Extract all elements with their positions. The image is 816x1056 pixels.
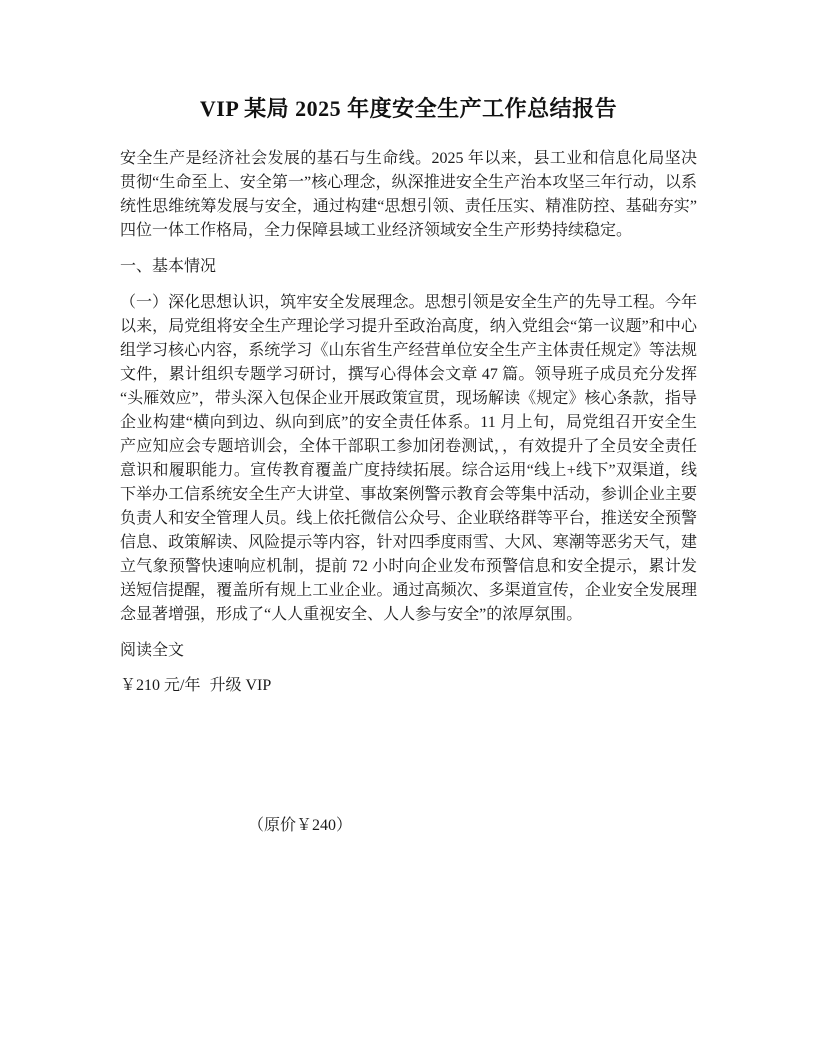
document-page: VIP 某局 2025 年度安全生产工作总结报告 安全生产是经济社会发展的基石与… [0,0,816,1056]
price-text: ￥210 元/年 [120,677,200,694]
section-heading: 一、基本情况 [120,255,697,279]
original-price: （原价￥240） [248,814,697,838]
intro-paragraph: 安全生产是经济社会发展的基石与生命线。2025 年以来，县工业和信息化局坚决贯彻… [120,147,697,243]
section-body-paragraph: （一）深化思想认识，筑牢安全发展理念。思想引领是安全生产的先导工程。今年以来，局… [120,291,697,627]
document-title: VIP 某局 2025 年度安全生产工作总结报告 [120,94,697,124]
upgrade-vip-link[interactable]: 升级 VIP [209,677,271,694]
price-line: ￥210 元/年升级 VIP [120,674,697,698]
read-full-text-link[interactable]: 阅读全文 [120,639,697,663]
